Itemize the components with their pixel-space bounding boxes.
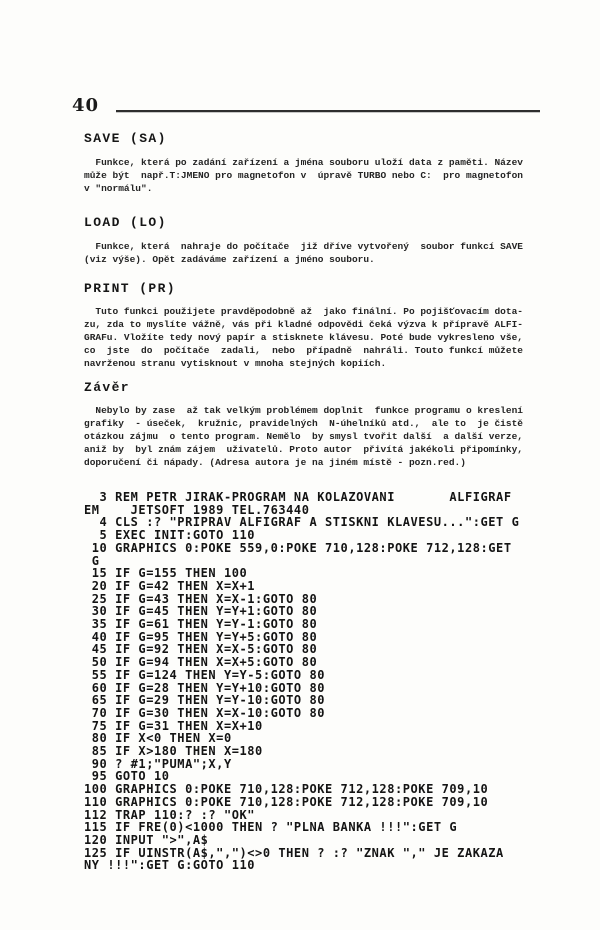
text-line: aniž by byl znám zájem uživatelů. Proto … — [84, 443, 564, 456]
text-line: otázkou zájmu o tento program. Nemělo by… — [84, 430, 564, 443]
code-line: 85 IF X>180 THEN X=180 — [84, 745, 564, 758]
section-heading-load: LOAD (LO) — [84, 216, 564, 229]
text-line: může být např.T:JMENO pro magnetofon v ú… — [84, 169, 564, 182]
text-line: Tuto funkci použijete pravděpodobně až j… — [84, 305, 564, 318]
paragraph-zaver: Nebylo by zase až tak velkým problémem d… — [84, 404, 564, 469]
page-content: SAVE (SA) Funkce, která po zadání zaříze… — [84, 132, 564, 872]
text-line: v "normálu". — [84, 182, 564, 195]
text-line: Funkce, která po zadání zařízení a jména… — [84, 156, 564, 169]
paragraph-print: Tuto funkci použijete pravděpodobně až j… — [84, 305, 564, 370]
paragraph-save: Funkce, která po zadání zařízení a jména… — [84, 156, 564, 195]
code-line: 100 GRAPHICS 0:POKE 710,128:POKE 712,128… — [84, 783, 564, 796]
code-line: 110 GRAPHICS 0:POKE 710,128:POKE 712,128… — [84, 796, 564, 809]
text-line: (viz výše). Opět zadáváme zařízení a jmé… — [84, 253, 564, 266]
text-line: zu, zda to myslíte vážně, vás při kladné… — [84, 318, 564, 331]
text-line: Funkce, která nahraje do počítače již dř… — [84, 240, 564, 253]
text-line: grafiky - úseček, kružnic, pravidelných … — [84, 417, 564, 430]
text-line: Nebylo by zase až tak velkým problémem d… — [84, 404, 564, 417]
paragraph-load: Funkce, která nahraje do počítače již dř… — [84, 240, 564, 266]
text-line: co jste do počítače zadali, nebo případn… — [84, 344, 564, 357]
code-line: 20 IF G=42 THEN X=X+1 — [84, 580, 564, 593]
code-line: 10 GRAPHICS 0:POKE 559,0:POKE 710,128:PO… — [84, 542, 564, 555]
text-line: GRAFu. Vložíte tedy nový papír a stiskne… — [84, 331, 564, 344]
text-line: navrženou stranu vytisknout v mnoha stej… — [84, 357, 564, 370]
code-line: 55 IF G=124 THEN Y=Y-5:GOTO 80 — [84, 669, 564, 682]
code-line: NY !!!":GET G:GOTO 110 — [84, 859, 564, 872]
section-heading-save: SAVE (SA) — [84, 132, 564, 145]
text-line: doporučení či nápady. (Adresa autora je … — [84, 456, 564, 469]
section-heading-print: PRINT (PR) — [84, 282, 564, 295]
basic-code-listing: 3 REM PETR JIRAK-PROGRAM NA KOLAZOVANI A… — [84, 491, 564, 872]
code-line: 120 INPUT ">",A$ — [84, 834, 564, 847]
code-line: 5 EXEC INIT:GOTO 110 — [84, 529, 564, 542]
header-rule — [116, 110, 540, 112]
code-line: 3 REM PETR JIRAK-PROGRAM NA KOLAZOVANI A… — [84, 491, 564, 504]
code-line: 35 IF G=61 THEN Y=Y-1:GOTO 80 — [84, 618, 564, 631]
code-line: 50 IF G=94 THEN X=X+5:GOTO 80 — [84, 656, 564, 669]
section-heading-zaver: Závěr — [84, 381, 564, 394]
page-number: 40 — [72, 95, 99, 116]
scanned-document-page: { "page": { "number": "40" }, "sections"… — [0, 0, 600, 930]
code-line: 70 IF G=30 THEN X=X-10:GOTO 80 — [84, 707, 564, 720]
